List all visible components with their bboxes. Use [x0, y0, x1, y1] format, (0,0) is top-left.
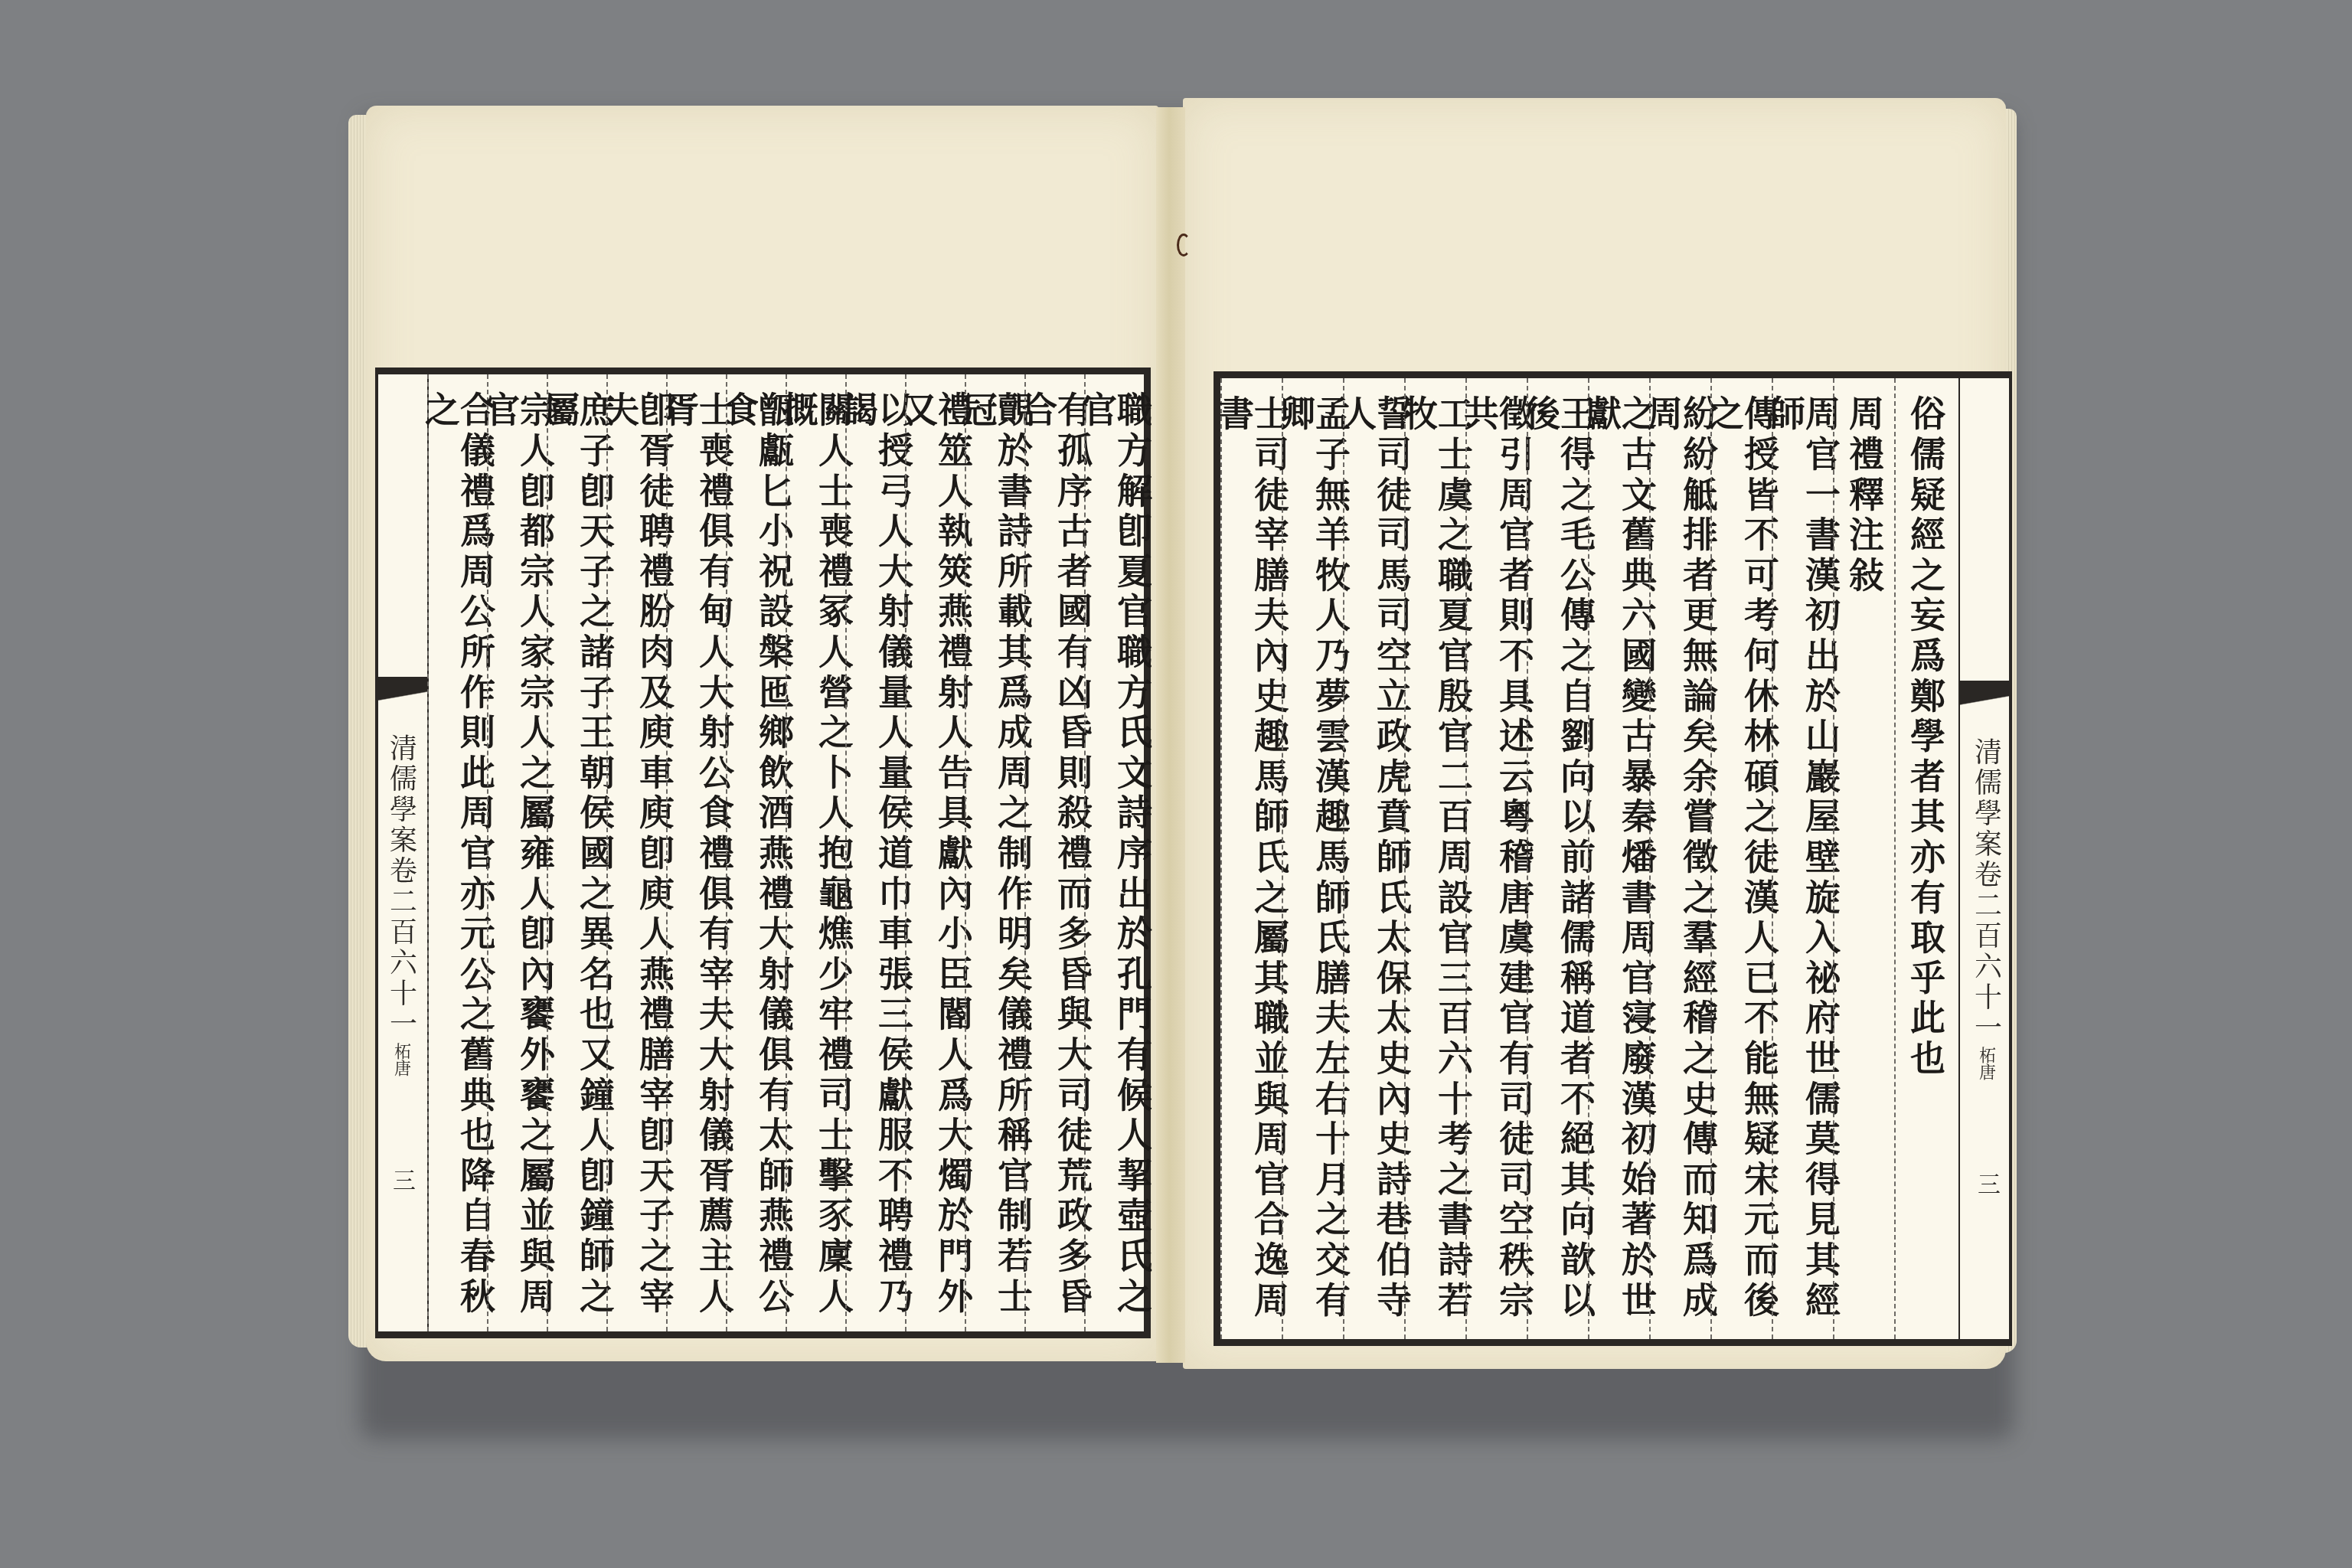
banxin-title: 清儒學案卷二百六十一 [382, 733, 421, 1040]
banxin-title: 清儒學案卷二百六十一 [1967, 737, 2006, 1044]
text-column: 禮筮人執筴燕禮射人告具獻內小臣閽人爲大燭於門外又 [905, 374, 965, 1331]
binding-thread [1177, 234, 1191, 256]
text-column: 以授弓人大射儀量人量侯道巾車張三侯獻服不聘禮乃謁 [845, 374, 905, 1331]
text-column: 甑甗匕小祝設槃匜鄉飲酒燕禮大射儀俱有太師燕禮公食 [726, 374, 786, 1331]
text-column: 徵引周官者則不具述云粵稽唐虞建官有司徒司空秩宗共 [1465, 378, 1527, 1339]
text-column: 卽胥徒聘禮肦肉及庾車庾卽庾人燕禮膳宰卽天子之宰夫 [606, 374, 666, 1331]
text-column-title: 周禮釋注敍 [1833, 378, 1894, 1339]
text-column: 之古文舊典六國變古暴秦燔書周官寖廢漢初始著於世獻 [1588, 378, 1649, 1339]
text-column: 覿於書詩所載其爲成周之制作明矣儀禮所稱官制若士冠 [965, 374, 1024, 1331]
fish-tail-mark [1960, 681, 2012, 728]
text-column: 俗儒疑經之妄爲鄭學者其亦有取乎此也 [1894, 378, 1955, 1339]
text-column: 周官一書漢初出於山巖屋壁旋入祕府世儒莫得見其經師 [1772, 378, 1833, 1339]
right-text-frame: 俗儒疑經之妄爲鄭學者其亦有取乎此也 周禮釋注敍 周官一書漢初出於山巖屋壁旋入祕府… [1214, 371, 2012, 1346]
left-text-frame: 清儒學案卷二百六十一 柘唐 三 職方解卽夏官職方氏文詩序出於孔門有候人挈壺氏之官… [375, 367, 1151, 1338]
fish-tail-mark [375, 677, 427, 724]
text-column: 王得之毛公傳之自劉向以前諸儒稱道者不絕其向歆以後 [1527, 378, 1588, 1339]
banxin-page-number: 三 [384, 1168, 418, 1191]
text-column: 合儀禮爲周公所作則此周官亦元公之舊典也降自春秋之 [427, 374, 487, 1331]
text-column: 工士虞之職夏官殷官二百周設官三百六十考之書詩若牧 [1404, 378, 1465, 1339]
text-column: 士喪禮俱有甸人大射公食禮俱有宰夫大射儀胥薦主人胥 [666, 374, 726, 1331]
text-column: 士司徒宰膳夫內史趣馬師氏之屬其職並與周官合逸周書 [1220, 378, 1282, 1339]
right-banxin: 清儒學案卷二百六十一 柘唐 三 [1958, 378, 2012, 1339]
left-banxin: 清儒學案卷二百六十一 柘唐 三 [375, 374, 429, 1331]
text-column: 傳授皆不可考何休林碩之徒漢人已不能無疑宋元而後之 [1710, 378, 1772, 1339]
text-column: 有孤序古者國有凶昏則殺禮而多昏與大司徒荒政多昏合 [1024, 374, 1084, 1331]
text-column: 庶子卽天子之諸子王朝侯國之異名也又鐘人卽鐘師之屬 [547, 374, 606, 1331]
text-column: 關人士喪禮冢人營之卜人抱龜燋少牢禮司士擊豕廩人摡 [786, 374, 845, 1331]
left-columns: 職方解卽夏官職方氏文詩序出於孔門有候人挈壺氏之官 有孤序古者國有凶昏則殺禮而多昏… [429, 374, 1144, 1331]
text-column: 孟子無羊牧人乃夢雲漢趣馬師氏膳夫左右十月之交有卿 [1282, 378, 1343, 1339]
text-column: 誓司徒司馬司空立政虎賁師氏太保太史內史詩巷伯寺人 [1343, 378, 1404, 1339]
text-column: 紛紛觝排者更無論矣余嘗徵之羣經稽之史傳而知爲成周 [1649, 378, 1710, 1339]
text-column: 職方解卽夏官職方氏文詩序出於孔門有候人挈壺氏之官 [1084, 374, 1144, 1331]
banxin-subtitle: 柘唐 [390, 1043, 413, 1076]
book-gutter [1156, 107, 1185, 1363]
text-column: 宗人卽都宗人家宗人之屬雍人卽內饔外饔之屬並與周官 [487, 374, 547, 1331]
banxin-subtitle: 柘唐 [1975, 1047, 1998, 1080]
banxin-page-number: 三 [1969, 1172, 2003, 1195]
right-columns: 俗儒疑經之妄爲鄭學者其亦有取乎此也 周禮釋注敍 周官一書漢初出於山巖屋壁旋入祕府… [1220, 378, 1955, 1339]
